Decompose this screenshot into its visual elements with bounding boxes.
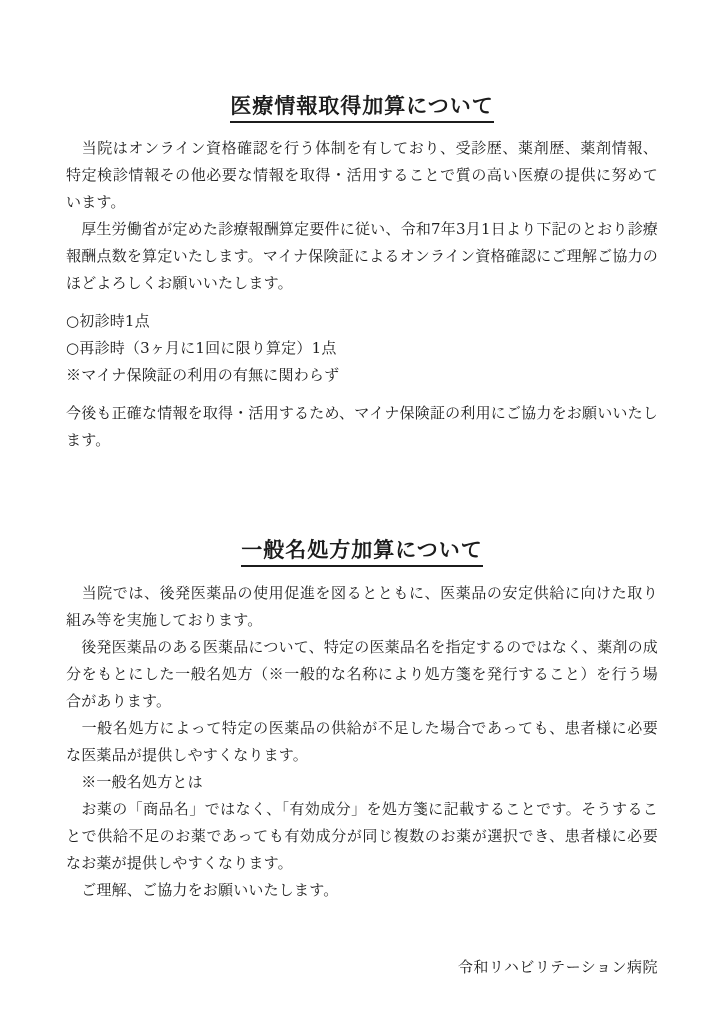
list-item-first-visit: ○初診時1点: [66, 308, 658, 335]
section2-paragraph-2: 後発医薬品のある医薬品について、特定の医薬品名を指定するのではなく、薬剤の成分を…: [66, 634, 658, 715]
section1-title: 医療情報取得加算について: [66, 92, 658, 119]
document-page: 医療情報取得加算について 当院はオンライン資格確認を行う体制を有しており、受診歴…: [0, 0, 724, 1024]
fee-point-list: ○初診時1点 ○再診時（3ヶ月に1回に限り算定）1点 ※マイナ保険証の利用の有無…: [66, 308, 658, 389]
section2-paragraph-6: ご理解、ご協力をお願いいたします。: [66, 877, 658, 904]
section1-closing: 今後も正確な情報を取得・活用するため、マイナ保険証の利用にご協力をお願いいたしま…: [66, 400, 658, 454]
section2-body: 当院では、後発医薬品の使用促進を図るとともに、医薬品の安定供給に向けた取り組み等…: [66, 580, 658, 904]
section1-title-text: 医療情報取得加算について: [230, 93, 494, 123]
hospital-signature: 令和リハビリテーション病院: [66, 954, 658, 981]
section1-paragraph-1: 当院はオンライン資格確認を行う体制を有しており、受診歴、薬剤歴、薬剤情報、特定検…: [66, 135, 658, 216]
section2-title-text: 一般名処方加算について: [241, 537, 483, 567]
section2-title: 一般名処方加算について: [66, 536, 658, 563]
section2-paragraph-3: 一般名処方によって特定の医薬品の供給が不足した場合であっても、患者様に必要な医薬…: [66, 715, 658, 769]
section2-paragraph-4: ※一般名処方とは: [66, 769, 658, 796]
section-generic-name-prescription-fee: 一般名処方加算について 当院では、後発医薬品の使用促進を図るとともに、医薬品の安…: [66, 536, 658, 903]
section1-body: 当院はオンライン資格確認を行う体制を有しており、受診歴、薬剤歴、薬剤情報、特定検…: [66, 135, 658, 297]
list-item-revisit: ○再診時（3ヶ月に1回に限り算定）1点: [66, 335, 658, 362]
section2-paragraph-5: お薬の「商品名」ではなく、「有効成分」を処方箋に記載することです。そうすることで…: [66, 796, 658, 877]
section2-paragraph-1: 当院では、後発医薬品の使用促進を図るとともに、医薬品の安定供給に向けた取り組み等…: [66, 580, 658, 634]
section1-closing-paragraph: 今後も正確な情報を取得・活用するため、マイナ保険証の利用にご協力をお願いいたしま…: [66, 400, 658, 454]
section1-paragraph-2: 厚生労働省が定めた診療報酬算定要件に従い、令和7年3月1日より下記のとおり診療報…: [66, 216, 658, 297]
section-medical-information-fee: 医療情報取得加算について 当院はオンライン資格確認を行う体制を有しており、受診歴…: [66, 92, 658, 454]
list-item-note: ※マイナ保険証の利用の有無に関わらず: [66, 362, 658, 389]
